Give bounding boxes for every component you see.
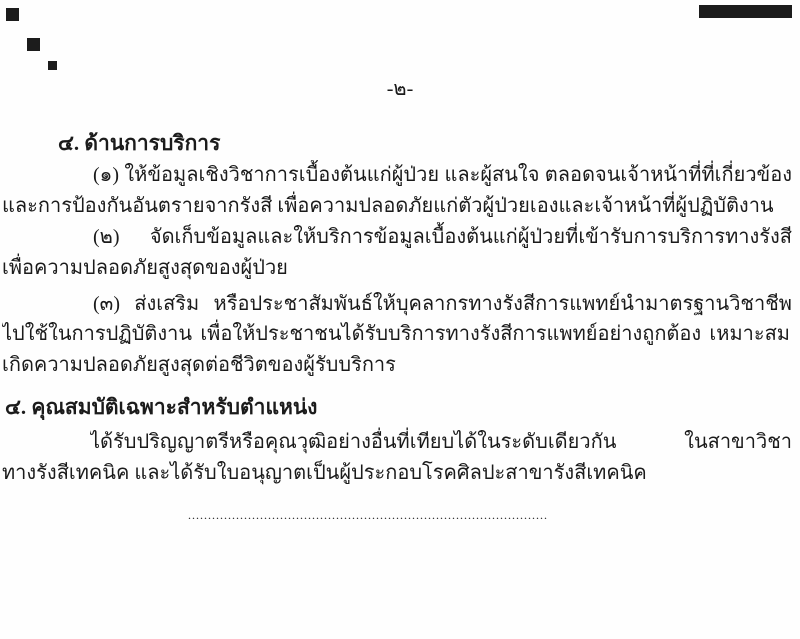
- qualification-line-2: ทางรังสีเทคนิค และได้รับใบอนุญาตเป็นผู้ป…: [2, 458, 647, 488]
- document-page: -๒- ๔. ด้านการบริการ (๑) ให้ข้อมูลเชิงวิ…: [0, 0, 800, 639]
- service-line-4: เพื่อความปลอดภัยสูงสุดของผู้ป่วย: [2, 253, 288, 283]
- service-line-3: (๒) จัดเก็บข้อมูลและให้บริการข้อมูลเบื้อ…: [93, 222, 792, 254]
- section-service-heading: ๔. ด้านการบริการ: [58, 128, 220, 158]
- section-qualification-heading: ๔. คุณสมบัติเฉพาะสำหรับตำแหน่ง: [5, 392, 317, 422]
- service-line-7: เกิดความปลอดภัยสูงสุดต่อชีวิตของผู้รับบร…: [2, 350, 396, 380]
- qualification-line-1: ได้รับปริญญาตรีหรือคุณวุฒิอย่างอื่นที่เท…: [90, 427, 792, 459]
- dotted-divider: ........................................…: [188, 508, 548, 523]
- scan-artifact: [48, 61, 57, 70]
- page-number: -๒-: [0, 72, 800, 104]
- service-line-6: ไปใช้ในการปฏิบัติงาน เพื่อให้ประชาชนได้ร…: [2, 319, 790, 351]
- service-line-2: และการป้องกันอันตรายจากรังสี เพื่อความปล…: [2, 191, 774, 221]
- service-line-5: (๓) ส่งเสริม หรือประชาสัมพันธ์ให้บุคลากร…: [93, 289, 792, 321]
- scan-artifact: [699, 5, 792, 18]
- scan-artifact: [6, 8, 19, 21]
- service-line-1: (๑) ให้ข้อมูลเชิงวิชาการเบื้องต้นแก่ผู้ป…: [93, 160, 792, 192]
- scan-artifact: [27, 38, 40, 51]
